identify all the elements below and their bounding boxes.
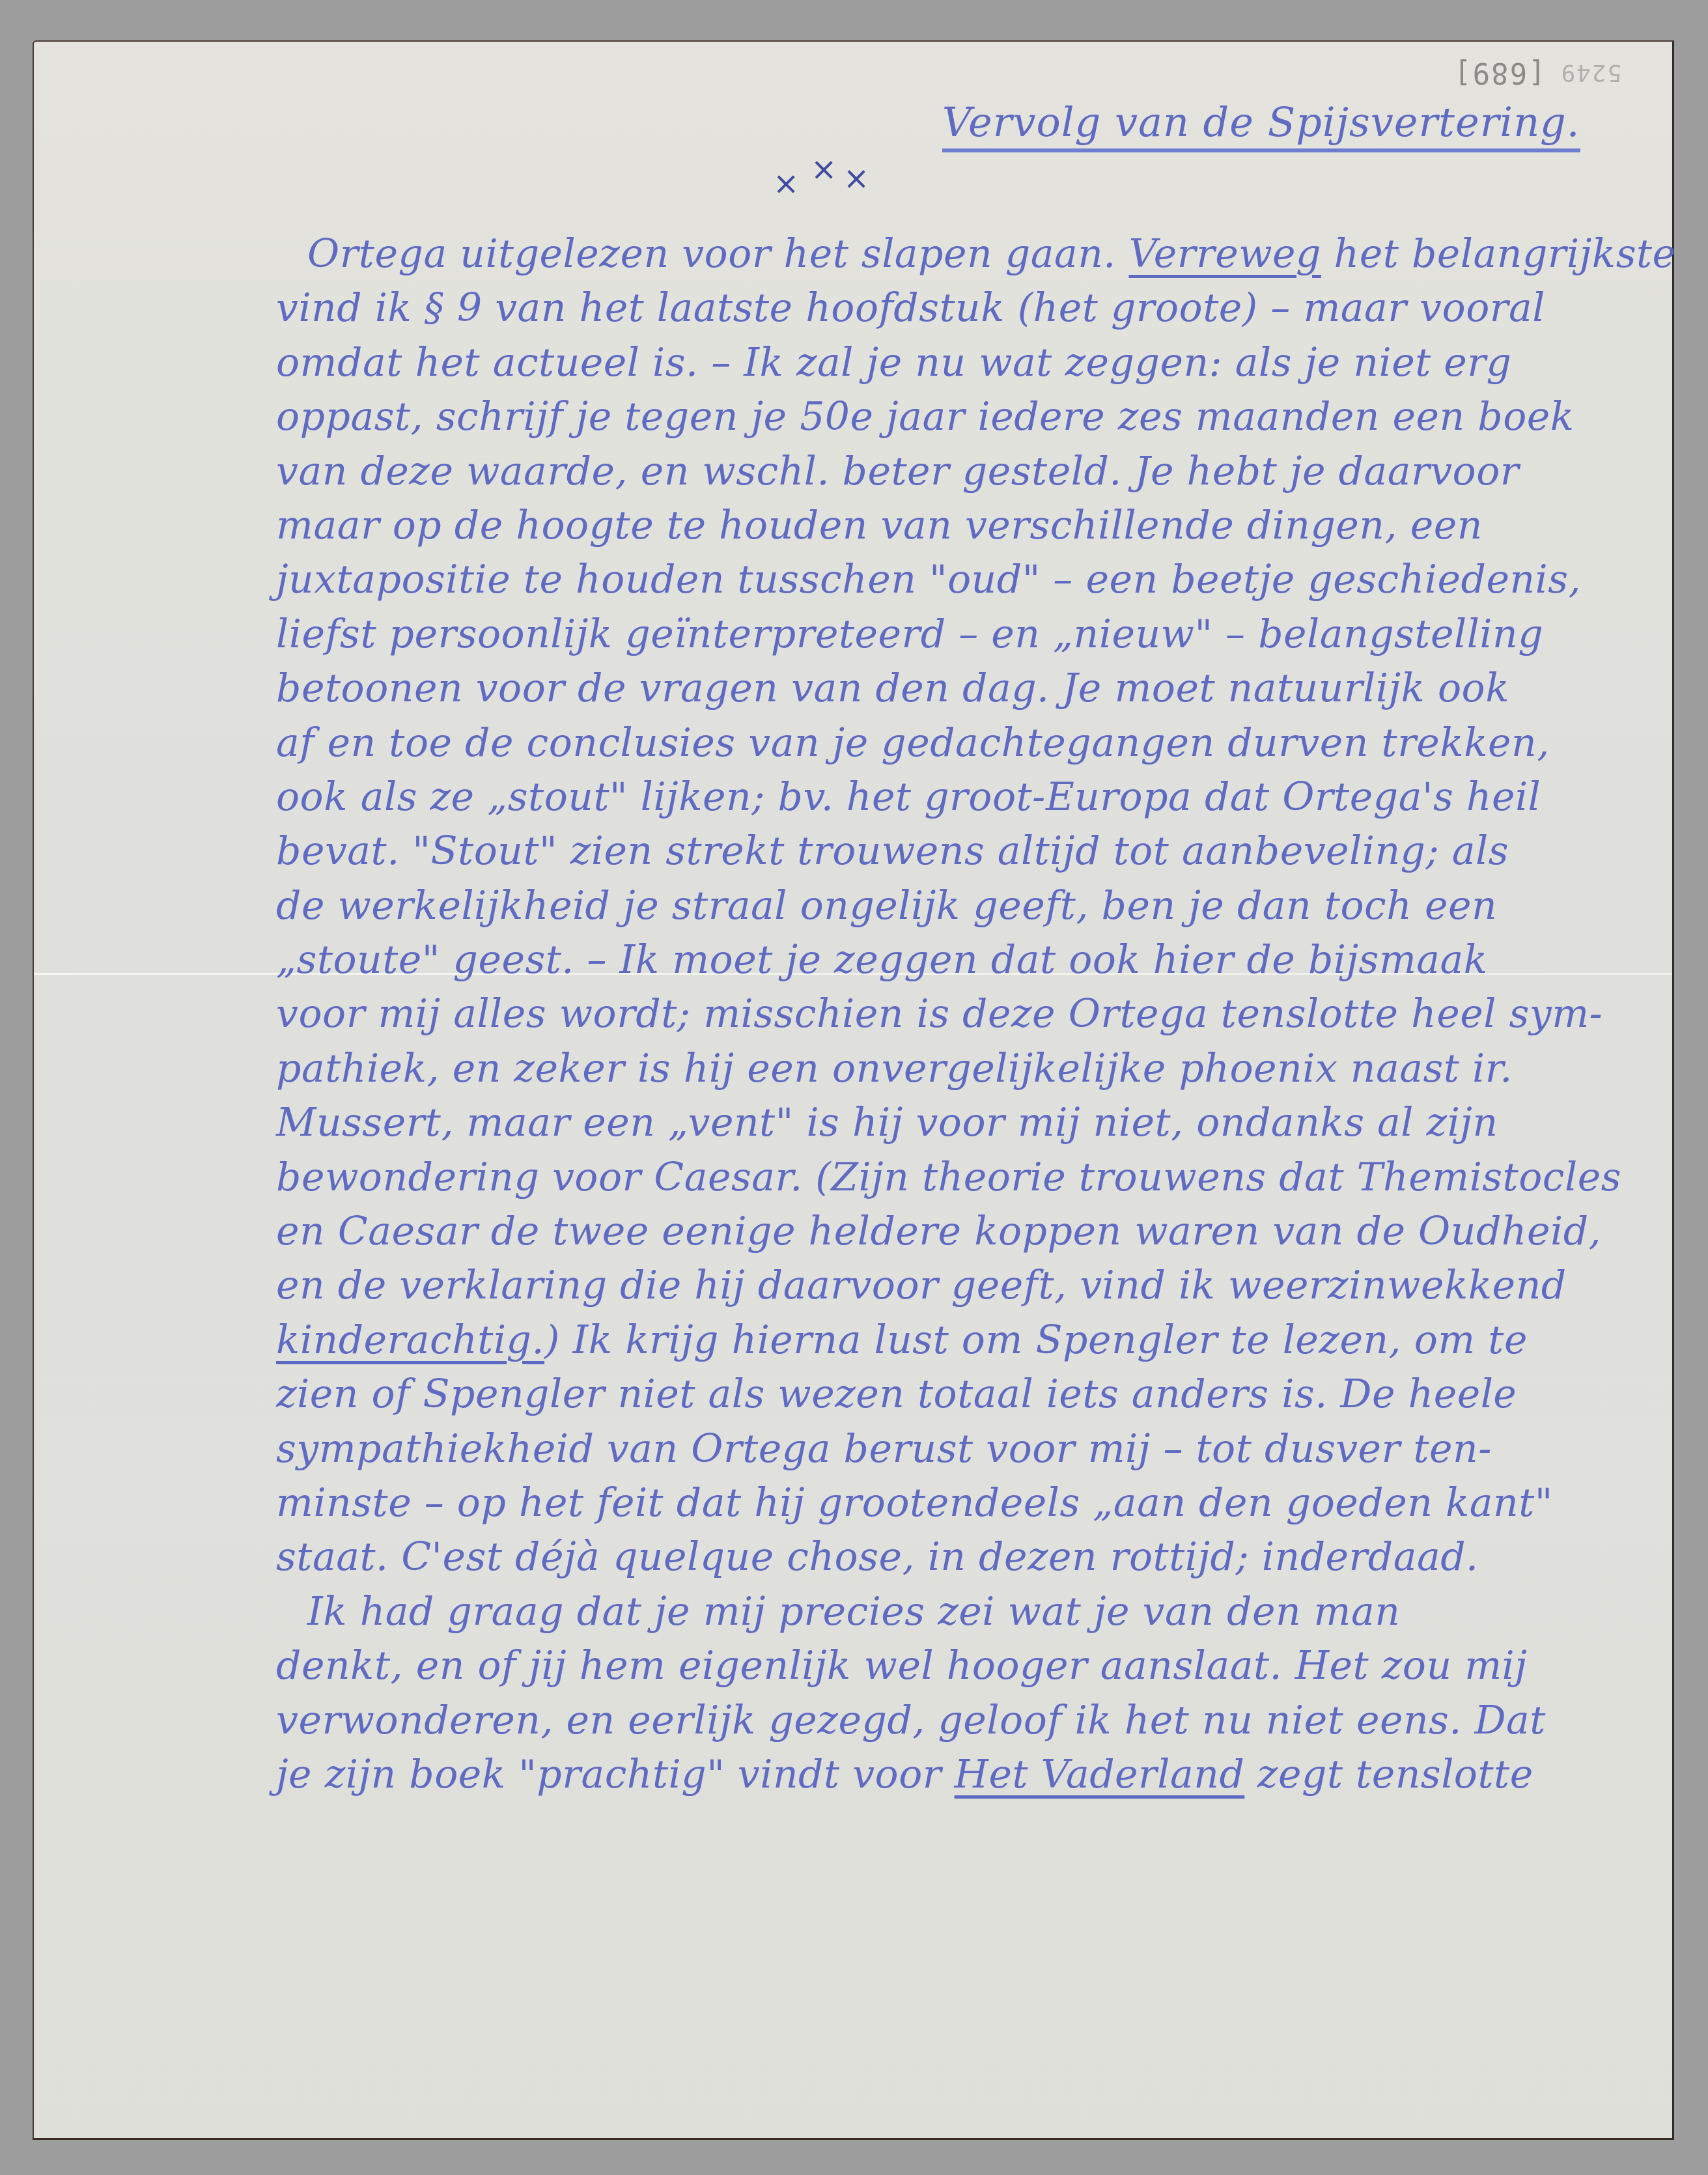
text-line: liefst persoonlijk geïnterpreteerd – en … [276,608,1657,662]
text-segment: denkt, en of jij hem eigenlijk wel hooge… [276,1643,1527,1689]
text-line: van deze waarde, en wschl. beter gesteld… [276,445,1657,499]
text-segment: bevat. "Stout" zien strekt trouwens alti… [276,828,1509,874]
text-line: betoonen voor de vragen van den dag. Je … [276,662,1657,716]
text-segment: maar op de hoogte te houden van verschil… [276,503,1483,548]
text-line: Ik had graag dat je mij precies zei wat … [276,1585,1657,1639]
text-segment: sympathiekheid van Ortega berust voor mi… [276,1426,1492,1472]
text-line: maar op de hoogte te houden van verschil… [276,499,1657,553]
underlined-text: Verreweg [1128,231,1321,277]
text-line: pathiek, en zeker is hij een onvergelijk… [276,1042,1657,1096]
text-segment: Ik had graag dat je mij precies zei wat … [307,1589,1400,1635]
archive-number-faint: 5249 [1560,59,1621,86]
text-line: denkt, en of jij hem eigenlijk wel hooge… [276,1639,1657,1693]
text-segment: zien of Spengler niet als wezen totaal i… [276,1371,1517,1417]
text-line: de werkelijkheid je straal ongelijk geef… [276,879,1657,933]
text-line: zien of Spengler niet als wezen totaal i… [276,1368,1657,1422]
text-line: minste – op het feit dat hij grootendeel… [276,1476,1657,1530]
text-line: staat. C'est déjà quelque chose, in deze… [276,1530,1657,1584]
text-line: verwonderen, en eerlijk gezegd, geloof i… [276,1694,1657,1748]
text-segment: de werkelijkheid je straal ongelijk geef… [276,883,1497,929]
text-segment: betoonen voor de vragen van den dag. Je … [276,666,1509,711]
text-line: je zijn boek "prachtig" vindt voor Het V… [276,1748,1657,1802]
text-segment: af en toe de conclusies van je gedachteg… [276,720,1550,766]
archive-stamp: 5249 [689] [1453,56,1621,89]
text-segment: het belangrijkste [1321,231,1676,277]
text-segment: je zijn boek "prachtig" vindt voor [276,1752,955,1797]
text-segment: en Caesar de twee eenige heldere koppen … [276,1209,1601,1254]
underlined-text: Het Vaderland [955,1752,1245,1797]
text-line: ook als ze „stout" lijken; bv. het groot… [276,770,1657,824]
letter-page: 5249 [689] Vervolg van de Spijsvertering… [33,40,1674,2140]
text-segment: oppast, schrijf je tegen je 50e jaar ied… [276,394,1575,440]
text-line: en Caesar de twee eenige heldere koppen … [276,1205,1657,1259]
text-segment: liefst persoonlijk geïnterpreteerd – en … [276,611,1543,657]
underlined-text: kinderachtig. [276,1317,544,1363]
letter-body: Ortega uitgelezen voor het slapen gaan. … [276,227,1657,1802]
cross-mark-icon: × [811,151,837,188]
text-line: kinderachtig.) Ik krijg hierna lust om S… [276,1313,1657,1368]
text-line: bevat. "Stout" zien strekt trouwens alti… [276,824,1657,878]
text-line: „stoute" geest. – Ik moet je zeggen dat … [276,933,1657,987]
text-line: Mussert, maar een „vent" is hij voor mij… [276,1096,1657,1150]
text-segment: Mussert, maar een „vent" is hij voor mij… [276,1100,1498,1145]
text-segment: omdat het actueel is. – Ik zal je nu wat… [276,340,1511,386]
text-segment: minste – op het feit dat hij grootendeel… [276,1480,1553,1526]
text-segment: pathiek, en zeker is hij een onvergelijk… [276,1046,1513,1091]
text-line: af en toe de conclusies van je gedachteg… [276,716,1657,770]
text-line: oppast, schrijf je tegen je 50e jaar ied… [276,390,1657,444]
text-segment: juxtapositie te houden tusschen "oud" – … [276,557,1581,602]
text-segment: ) Ik krijg hierna lust om Spengler te le… [544,1317,1528,1363]
text-segment: ook als ze „stout" lijken; bv. het groot… [276,774,1541,820]
text-line: juxtapositie te houden tusschen "oud" – … [276,553,1657,607]
text-line: Ortega uitgelezen voor het slapen gaan. … [276,227,1657,281]
text-line: voor mij alles wordt; misschien is deze … [276,987,1657,1041]
text-segment: „stoute" geest. – Ik moet je zeggen dat … [276,937,1488,983]
text-line: vind ik § 9 van het laatste hoofdstuk (h… [276,281,1657,335]
text-segment: voor mij alles wordt; misschien is deze … [276,991,1603,1037]
text-line: omdat het actueel is. – Ik zal je nu wat… [276,336,1657,390]
cross-mark-icon: × [843,160,869,197]
text-segment: zegt tenslotte [1244,1752,1533,1797]
cross-mark-icon: × [773,165,799,202]
asterism-divider: × × × [773,151,864,197]
text-segment: bewondering voor Caesar. (Zijn theorie t… [276,1155,1621,1200]
text-segment: Ortega uitgelezen voor het slapen gaan. [307,231,1128,277]
text-segment: vind ik § 9 van het laatste hoofdstuk (h… [276,285,1545,331]
text-line: sympathiekheid van Ortega berust voor mi… [276,1422,1657,1476]
text-line: bewondering voor Caesar. (Zijn theorie t… [276,1151,1657,1205]
text-segment: en de verklaring die hij daarvoor geeft,… [276,1263,1567,1308]
archive-number: [689] [1453,56,1545,89]
letter-title: Vervolg van de Spijsvertering. [942,100,1580,152]
text-line: en de verklaring die hij daarvoor geeft,… [276,1259,1657,1313]
text-segment: staat. C'est déjà quelque chose, in deze… [276,1534,1479,1580]
text-segment: verwonderen, en eerlijk gezegd, geloof i… [276,1698,1546,1743]
text-segment: van deze waarde, en wschl. beter gesteld… [276,449,1519,494]
